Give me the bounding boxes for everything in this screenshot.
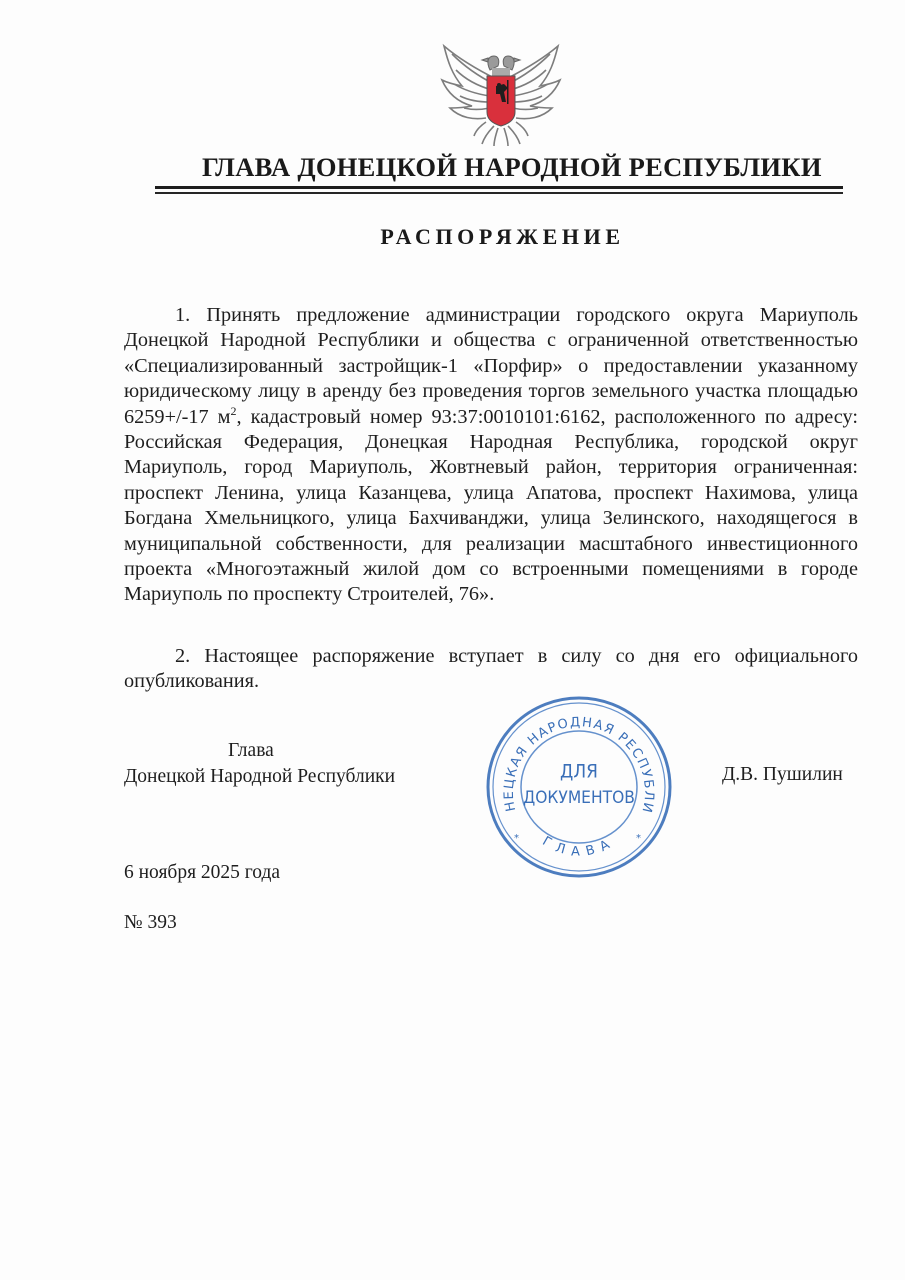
- paragraph-text: Настоящее распоряжение вступает в силу с…: [124, 645, 858, 692]
- official-stamp: ДОНЕЦКАЯ НАРОДНАЯ РЕСПУБЛИКА ГЛАВА * * Д…: [484, 694, 674, 880]
- document-page: ГЛАВА ДОНЕЦКОЙ НАРОДНОЙ РЕСПУБЛИКИ РАСПО…: [0, 0, 905, 1280]
- stamp-center-line1: ДЛЯ: [560, 761, 598, 783]
- svg-text:ГЛАВА: ГЛАВА: [540, 834, 619, 860]
- document-number: № 393: [124, 912, 177, 934]
- paragraph-text-cont: , кадастровый номер 93:37:0010101:6162, …: [124, 406, 858, 606]
- paragraph-number: 1.: [175, 304, 190, 326]
- header-rule-thin: [155, 192, 843, 194]
- svg-text:*: *: [514, 833, 519, 844]
- svg-text:*: *: [636, 833, 641, 844]
- signatory-name: Д.В. Пушилин: [722, 764, 843, 786]
- signatory-title: Глава Донецкой Народной Республики: [124, 738, 424, 790]
- document-date: 6 ноября 2025 года: [124, 862, 280, 884]
- issuer-title: ГЛАВА ДОНЕЦКОЙ НАРОДНОЙ РЕСПУБЛИКИ: [45, 152, 905, 183]
- header-rule-thick: [155, 186, 843, 189]
- signatory-title-line2: Донецкой Народной Республики: [124, 764, 424, 790]
- paragraph-number: 2.: [175, 645, 190, 667]
- paragraph-1: 1. Принять предложение администрации гор…: [124, 303, 858, 608]
- document-type: РАСПОРЯЖЕНИЕ: [0, 224, 905, 250]
- paragraph-2: 2. Настоящее распоряжение вступает в сил…: [124, 644, 858, 695]
- stamp-bottom-text: ГЛАВА: [540, 834, 619, 860]
- signatory-title-line1: Глава: [124, 738, 424, 764]
- coat-of-arms-icon: [438, 40, 564, 150]
- stamp-center-line2: ДОКУМЕНТОВ: [523, 787, 635, 807]
